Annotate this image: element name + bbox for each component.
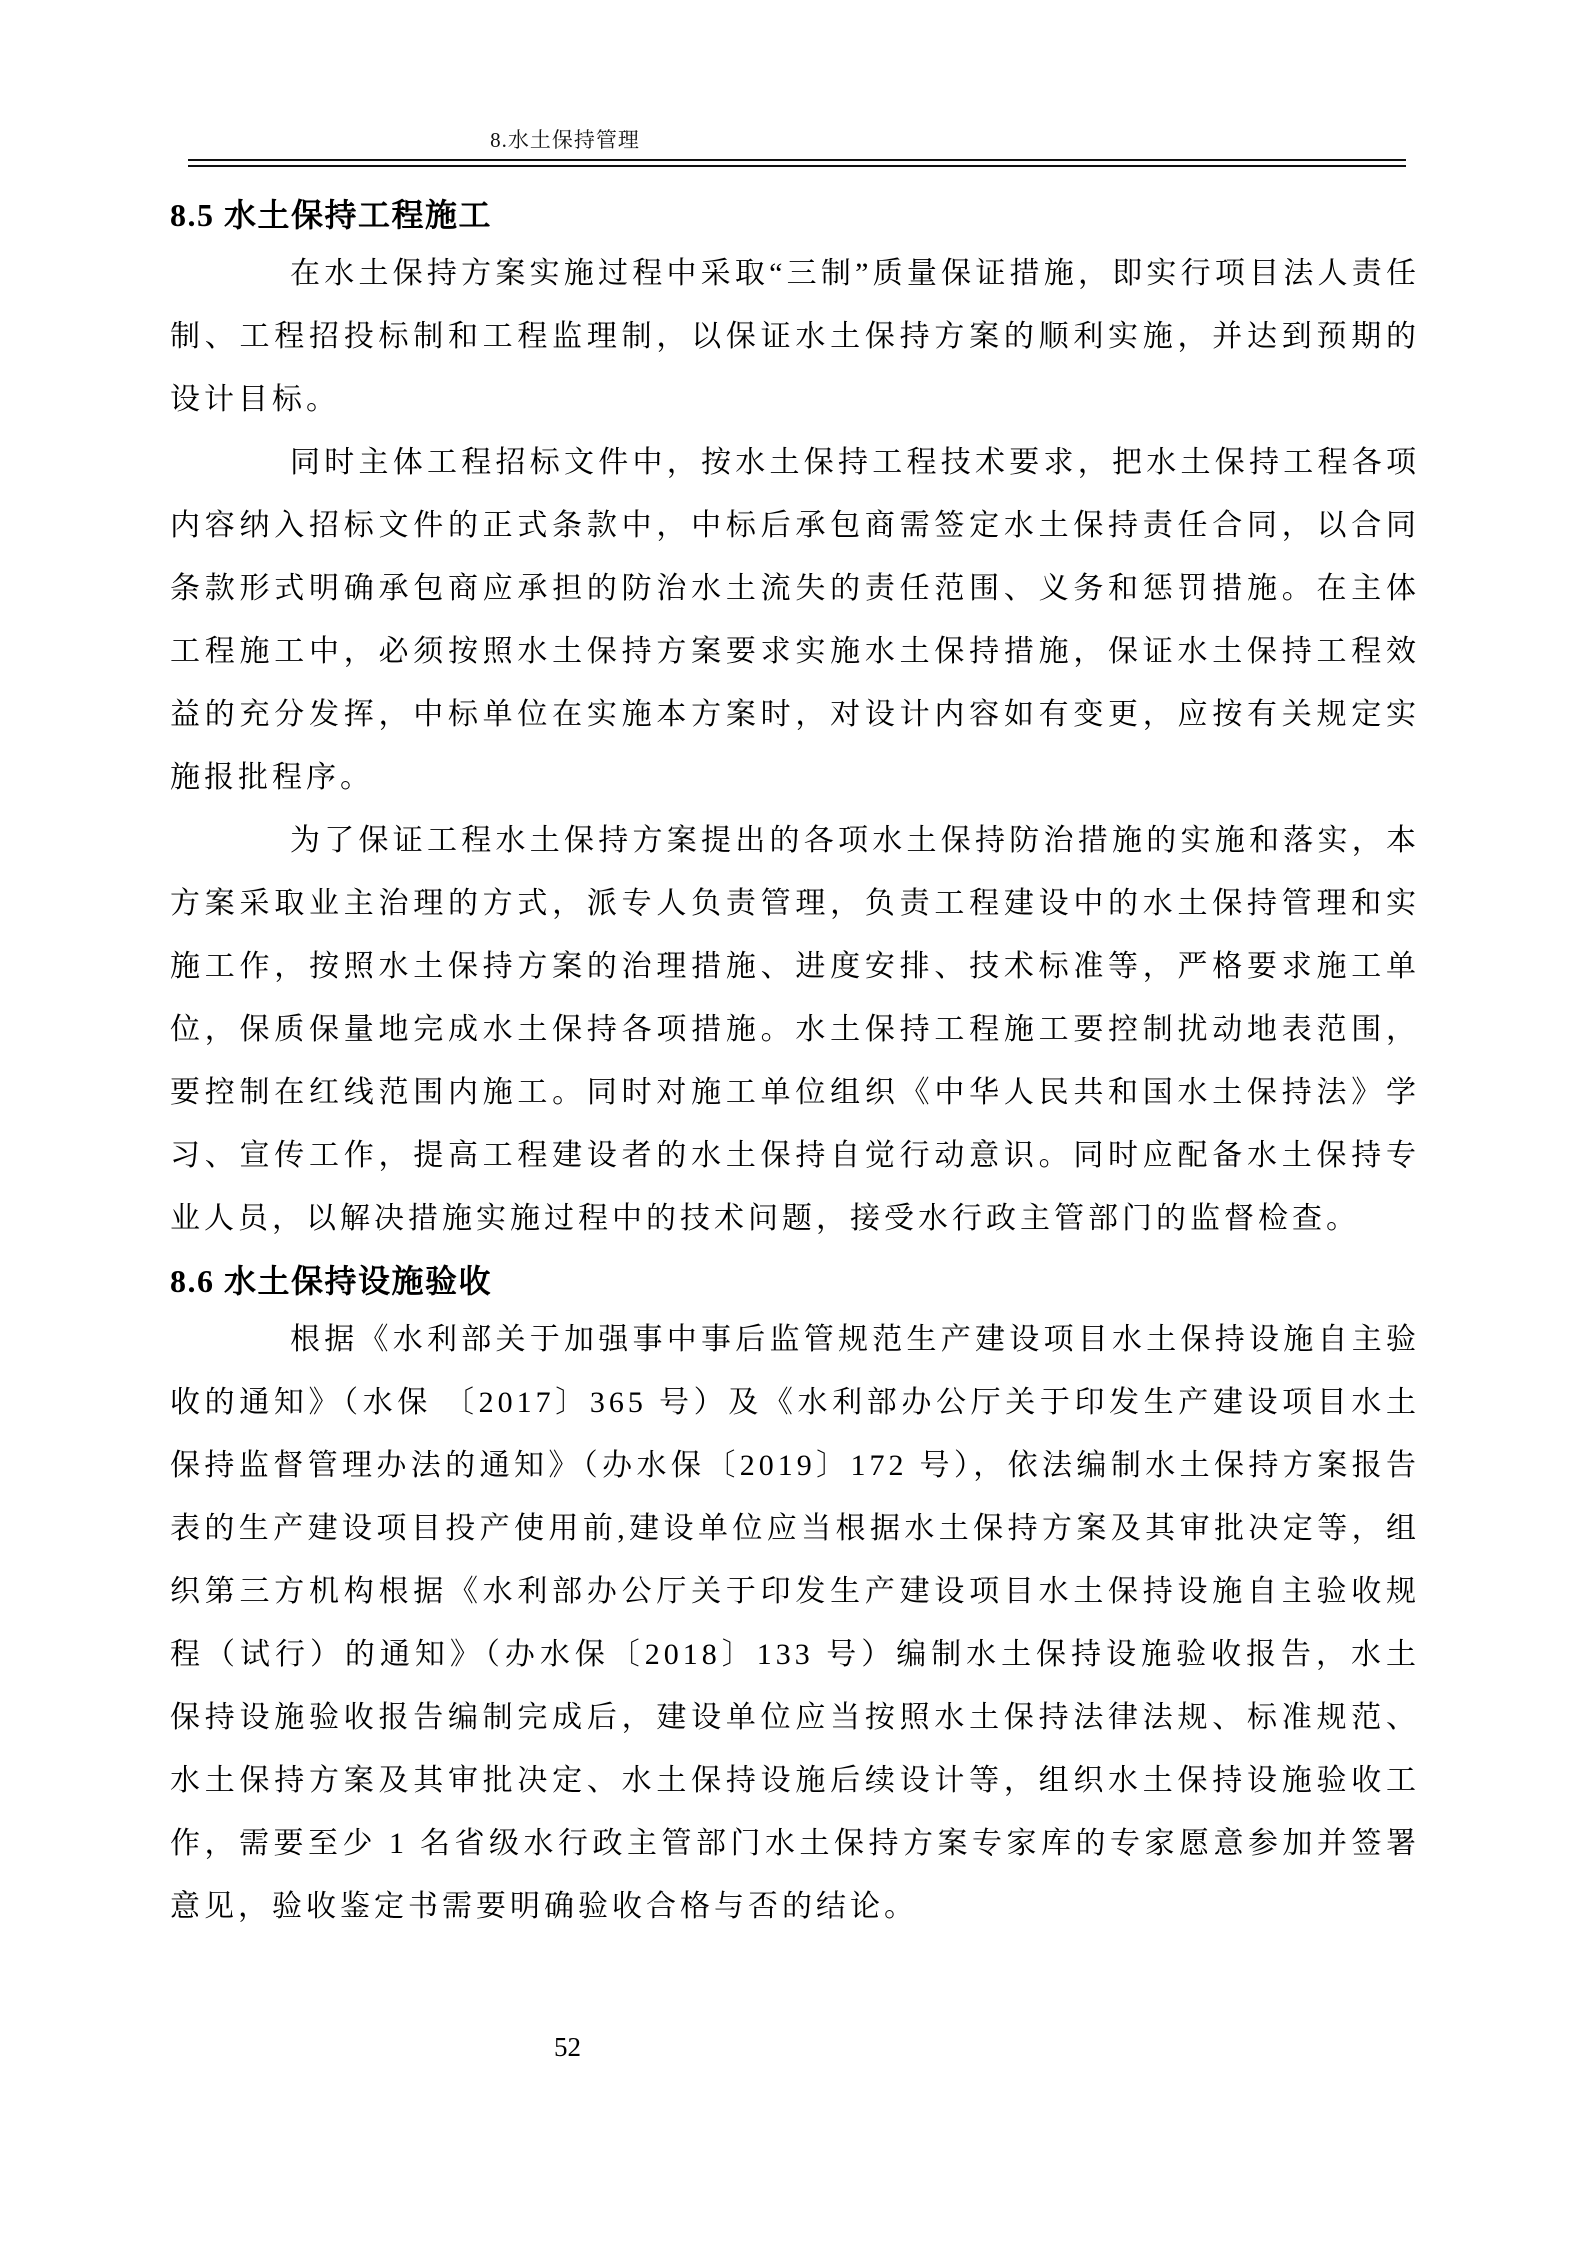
page-footer: 52	[0, 2032, 1135, 2063]
page-header: 8.水土保持管理	[0, 124, 1130, 154]
paragraph-acceptance-procedure: 根据《水利部关于加强事中事后监管规范生产建设项目水土保持设施自主验收的通知》（水…	[170, 1308, 1420, 1938]
page-header-title: 8.水土保持管理	[490, 128, 640, 152]
header-rule-divider	[188, 159, 1406, 167]
paragraph-owner-management: 为了保证工程水土保持方案提出的各项水土保持防治措施的实施和落实，本方案采取业主治…	[170, 809, 1420, 1250]
section-heading-8-5: 8.5 水土保持工程施工	[170, 190, 1420, 240]
section-heading-8-6: 8.6 水土保持设施验收	[170, 1256, 1420, 1306]
paragraph-quality-assurance: 在水土保持方案实施过程中采取“三制”质量保证措施，即实行项目法人责任制、工程招投…	[170, 242, 1420, 431]
paragraph-bidding-documents: 同时主体工程招标文件中，按水土保持工程技术要求，把水土保持工程各项内容纳入招标文…	[170, 431, 1420, 809]
page-number: 52	[554, 2032, 581, 2062]
document-page: 8.水土保持管理 8.5 水土保持工程施工 在水土保持方案实施过程中采取“三制”…	[0, 0, 1587, 2245]
document-body: 8.5 水土保持工程施工 在水土保持方案实施过程中采取“三制”质量保证措施，即实…	[170, 190, 1420, 1938]
